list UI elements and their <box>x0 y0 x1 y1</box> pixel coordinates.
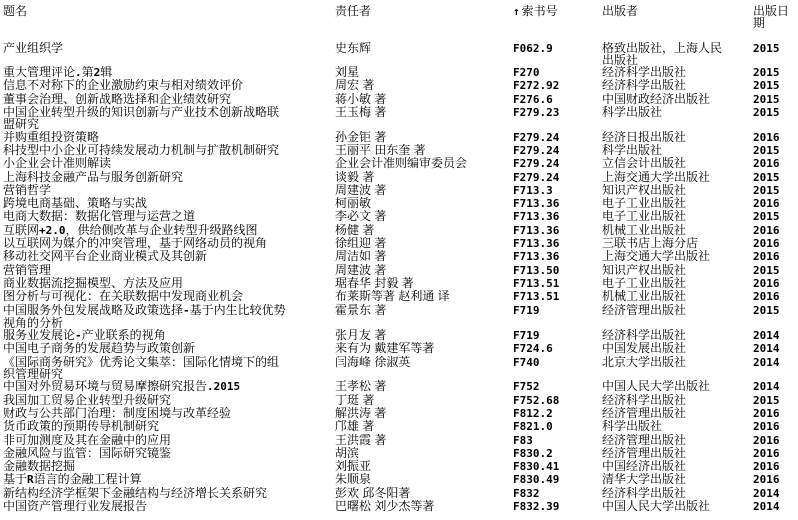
cell-callnumber: F713.50 <box>510 264 599 277</box>
cell-title: 产业组织学 <box>3 42 332 67</box>
table-row: 服务业发展论-产业联系的视角 张月友 著 F719 经济科学出版社 2014 <box>3 329 798 342</box>
cell-title: 小企业会计准则解读 <box>3 157 332 170</box>
catalog-page: { "table": { "sort_icon": "↑", "columns"… <box>0 0 798 520</box>
cell-author: 胡滨 <box>332 447 510 460</box>
cell-publisher: 经济科学出版社 <box>599 394 750 407</box>
cell-title: 以互联网为媒介的冲突管理，基于网络动员的视角 <box>3 237 332 250</box>
table-row: 董事会治理、创新战略选择和企业绩效研究 蒋小敏 著 F276.6 中国财政经济出… <box>3 93 798 106</box>
cell-year: 2016 <box>750 473 798 486</box>
cell-publisher: 经济管理出版社 <box>599 407 750 420</box>
cell-publisher: 格致出版社，上海人民 出版社 <box>599 42 750 67</box>
results-area: 题名 责任者 ↑索书号 出版者 出版日 期 产业组织学 史东辉 F062.9 格… <box>0 0 798 513</box>
cell-callnumber: F719 <box>510 329 599 342</box>
table-row: 营销哲学 周建波 著 F713.3 知识产权出版社 2015 <box>3 184 798 197</box>
cell-callnumber: F062.9 <box>510 42 599 67</box>
cell-year: 2016 <box>750 277 798 290</box>
cell-author: 王孝松 著 <box>332 380 510 393</box>
cell-publisher: 经济科学出版社 <box>599 66 750 79</box>
cell-publisher: 中国发展出版社 <box>599 342 750 355</box>
cell-year: 2016 <box>750 224 798 237</box>
cell-year: 2015 <box>750 264 798 277</box>
column-header-title[interactable]: 题名 <box>3 5 332 42</box>
cell-publisher: 中国人民大学出版社 <box>599 500 750 513</box>
cell-author: 李必文 著 <box>332 210 510 223</box>
cell-author: 周建波 著 <box>332 184 510 197</box>
cell-callnumber: F740 <box>510 356 599 381</box>
cell-year: 2015 <box>750 184 798 197</box>
cell-year: 2015 <box>750 79 798 92</box>
sort-ascending-icon: ↑ <box>513 5 520 18</box>
table-row: 中国服务外包发展战略及政策选择-基于内生比较优势 视角的分析 霍景东 著 F71… <box>3 304 798 330</box>
cell-callnumber: F279.24 <box>510 171 599 184</box>
cell-title: 货币政策的预期传导机制研究 <box>3 420 332 433</box>
cell-year: 2015 <box>750 210 798 223</box>
table-row: 中国电子商务的发展趋势与政策创新 来有为 戴建军等著 F724.6 中国发展出版… <box>3 342 798 355</box>
cell-author: 朱顺泉 <box>332 473 510 486</box>
cell-author: 闫海峰 徐淑英 <box>332 356 510 381</box>
cell-publisher: 知识产权出版社 <box>599 184 750 197</box>
cell-publisher: 中国经济出版社 <box>599 460 750 473</box>
cell-author: 王洪霞 著 <box>332 434 510 447</box>
cell-author: 周宏 著 <box>332 79 510 92</box>
cell-title: 财政与公共部门治理：制度困境与改革经验 <box>3 407 332 420</box>
cell-year: 2016 <box>750 250 798 263</box>
cell-author: 琚春华 封毅 著 <box>332 277 510 290</box>
cell-author: 邝雄 著 <box>332 420 510 433</box>
cell-title: 上海科技金融产品与服务创新研究 <box>3 171 332 184</box>
cell-callnumber: F83 <box>510 434 599 447</box>
cell-callnumber: F270 <box>510 66 599 79</box>
cell-publisher: 科学出版社 <box>599 420 750 433</box>
cell-author: 刘振亚 <box>332 460 510 473</box>
table-row: 移动社交网平台企业商业模式及其创新 周洁如 著 F713.36 上海交通大学出版… <box>3 250 798 263</box>
cell-callnumber: F713.36 <box>510 250 599 263</box>
table-row: 小企业会计准则解读 企业会计准则编审委员会 F279.24 立信会计出版社 20… <box>3 157 798 170</box>
cell-title: 中国企业转型升级的知识创新与产业技术创新战略联 盟研究 <box>3 106 332 131</box>
table-row: 电商大数据：数据化管理与运营之道 李必文 著 F713.36 电子工业出版社 2… <box>3 210 798 223</box>
cell-year: 2016 <box>750 434 798 447</box>
cell-year: 2016 <box>750 420 798 433</box>
cell-title: 重大管理评论.第2辑 <box>3 66 332 79</box>
cell-title: 商业数据流挖掘模型、方法及应用 <box>3 277 332 290</box>
table-row: 财政与公共部门治理：制度困境与改革经验 解洪涛 著 F812.2 经济管理出版社… <box>3 407 798 420</box>
cell-author: 王丽平 田东奎 著 <box>332 144 510 157</box>
cell-callnumber: F752.68 <box>510 394 599 407</box>
cell-author: 孙金钜 著 <box>332 131 510 144</box>
cell-year: 2015 <box>750 42 798 67</box>
cell-year: 2015 <box>750 66 798 79</box>
cell-callnumber: F276.6 <box>510 93 599 106</box>
cell-author: 周洁如 著 <box>332 250 510 263</box>
cell-publisher: 中国财政经济出版社 <box>599 93 750 106</box>
column-header-callnumber-label: 索书号 <box>522 5 558 18</box>
cell-callnumber: F279.24 <box>510 157 599 170</box>
cell-author: 丁珽 著 <box>332 394 510 407</box>
cell-year: 2016 <box>750 237 798 250</box>
cell-publisher: 电子工业出版社 <box>599 210 750 223</box>
catalog-table: 题名 责任者 ↑索书号 出版者 出版日 期 产业组织学 史东辉 F062.9 格… <box>3 5 798 513</box>
cell-author: 巴曙松 刘少杰等著 <box>332 500 510 513</box>
cell-callnumber: F832.39 <box>510 500 599 513</box>
cell-author: 彭欢 邱冬阳著 <box>332 487 510 500</box>
cell-callnumber: F713.36 <box>510 237 599 250</box>
column-header-publisher[interactable]: 出版者 <box>599 5 750 42</box>
cell-publisher: 经济日报出版社 <box>599 131 750 144</box>
cell-author: 蒋小敏 著 <box>332 93 510 106</box>
table-row: 我国加工贸易企业转型升级研究 丁珽 著 F752.68 经济科学出版社 2015 <box>3 394 798 407</box>
cell-callnumber: F713.3 <box>510 184 599 197</box>
cell-author: 刘星 <box>332 66 510 79</box>
cell-author: 布莱斯等著 赵利通 译 <box>332 290 510 303</box>
cell-author: 徐组迎 著 <box>332 237 510 250</box>
table-row: 互联网+2.0，供给侧改革与企业转型升级路线图 杨健 著 F713.36 机械工… <box>3 224 798 237</box>
cell-title: 移动社交网平台企业商业模式及其创新 <box>3 250 332 263</box>
cell-publisher: 上海交通大学出版社 <box>599 171 750 184</box>
cell-callnumber: F713.51 <box>510 277 599 290</box>
header-row: 题名 责任者 ↑索书号 出版者 出版日 期 <box>3 5 798 42</box>
catalog-rows: 产业组织学 史东辉 F062.9 格致出版社，上海人民 出版社 2015 重大管… <box>3 42 798 514</box>
cell-title: 并购重组投资策略 <box>3 131 332 144</box>
cell-year: 2014 <box>750 380 798 393</box>
cell-publisher: 电子工业出版社 <box>599 277 750 290</box>
cell-year: 2015 <box>750 171 798 184</box>
table-row: 货币政策的预期传导机制研究 邝雄 著 F821.0 科学出版社 2016 <box>3 420 798 433</box>
cell-author: 杨健 著 <box>332 224 510 237</box>
cell-title: 我国加工贸易企业转型升级研究 <box>3 394 332 407</box>
cell-title: 信息不对称下的企业激励约束与相对绩效评价 <box>3 79 332 92</box>
cell-year: 2014 <box>750 500 798 513</box>
cell-title: 营销管理 <box>3 264 332 277</box>
cell-title: 中国对外贸易环境与贸易摩擦研究报告.2015 <box>3 380 332 393</box>
cell-publisher: 经济科学出版社 <box>599 487 750 500</box>
cell-year: 2016 <box>750 197 798 210</box>
cell-year: 2016 <box>750 157 798 170</box>
table-row: 中国对外贸易环境与贸易摩擦研究报告.2015 王孝松 著 F752 中国人民大学… <box>3 380 798 393</box>
cell-publisher: 经济科学出版社 <box>599 329 750 342</box>
column-header-pubdate[interactable]: 出版日 期 <box>750 5 798 42</box>
cell-year: 2015 <box>750 106 798 131</box>
cell-callnumber: F279.24 <box>510 144 599 157</box>
cell-title: 基于R语言的金融工程计算 <box>3 473 332 486</box>
table-row: 基于R语言的金融工程计算 朱顺泉 F830.49 清华大学出版社 2016 <box>3 473 798 486</box>
table-row: 非可加测度及其在金融中的应用 王洪霞 著 F83 经济管理出版社 2016 <box>3 434 798 447</box>
cell-author: 周建波 著 <box>332 264 510 277</box>
cell-author: 霍景东 著 <box>332 304 510 330</box>
table-row: 营销管理 周建波 著 F713.50 知识产权出版社 2015 <box>3 264 798 277</box>
cell-year: 2014 <box>750 487 798 500</box>
cell-year: 2015 <box>750 93 798 106</box>
cell-callnumber: F713.36 <box>510 224 599 237</box>
cell-callnumber: F830.2 <box>510 447 599 460</box>
table-row: 图分析与可视化：在关联数据中发现商业机会 布莱斯等著 赵利通 译 F713.51… <box>3 290 798 303</box>
cell-author: 谈毅 著 <box>332 171 510 184</box>
cell-year: 2014 <box>750 356 798 381</box>
cell-author: 张月友 著 <box>332 329 510 342</box>
cell-publisher: 中国人民大学出版社 <box>599 380 750 393</box>
column-header-callnumber[interactable]: ↑索书号 <box>510 5 599 42</box>
cell-callnumber: F279.23 <box>510 106 599 131</box>
cell-publisher: 经济科学出版社 <box>599 79 750 92</box>
table-row: 科技型中小企业可持续发展动力机制与扩散机制研究 王丽平 田东奎 著 F279.2… <box>3 144 798 157</box>
cell-publisher: 电子工业出版社 <box>599 197 750 210</box>
cell-year: 2016 <box>750 131 798 144</box>
cell-callnumber: F713.36 <box>510 210 599 223</box>
cell-callnumber: F752 <box>510 380 599 393</box>
table-row: 《国际商务研究》优秀论文集萃：国际化情境下的组 织管理研究 闫海峰 徐淑英 F7… <box>3 356 798 381</box>
cell-publisher: 经济管理出版社 <box>599 447 750 460</box>
cell-title: 科技型中小企业可持续发展动力机制与扩散机制研究 <box>3 144 332 157</box>
cell-author: 解洪涛 著 <box>332 407 510 420</box>
cell-title: 中国服务外包发展战略及政策选择-基于内生比较优势 视角的分析 <box>3 304 332 330</box>
table-row: 新结构经济学框架下金融结构与经济增长关系研究 彭欢 邱冬阳著 F832 经济科学… <box>3 487 798 500</box>
cell-year: 2016 <box>750 460 798 473</box>
cell-title: 中国电子商务的发展趋势与政策创新 <box>3 342 332 355</box>
table-row: 中国企业转型升级的知识创新与产业技术创新战略联 盟研究 王玉梅 著 F279.2… <box>3 106 798 131</box>
cell-title: 金融风险与监管：国际研究镜鉴 <box>3 447 332 460</box>
cell-callnumber: F719 <box>510 304 599 330</box>
cell-title: 营销哲学 <box>3 184 332 197</box>
cell-publisher: 上海交通大学出版社 <box>599 250 750 263</box>
cell-author: 王玉梅 著 <box>332 106 510 131</box>
cell-title: 新结构经济学框架下金融结构与经济增长关系研究 <box>3 487 332 500</box>
cell-year: 2015 <box>750 144 798 157</box>
cell-callnumber: F713.51 <box>510 290 599 303</box>
cell-year: 2016 <box>750 407 798 420</box>
cell-publisher: 北京大学出版社 <box>599 356 750 381</box>
cell-callnumber: F821.0 <box>510 420 599 433</box>
cell-title: 《国际商务研究》优秀论文集萃：国际化情境下的组 织管理研究 <box>3 356 332 381</box>
cell-title: 中国资产管理行业发展报告 <box>3 500 332 513</box>
table-row: 重大管理评论.第2辑 刘星 F270 经济科学出版社 2015 <box>3 66 798 79</box>
cell-publisher: 机械工业出版社 <box>599 290 750 303</box>
cell-publisher: 立信会计出版社 <box>599 157 750 170</box>
cell-title: 图分析与可视化：在关联数据中发现商业机会 <box>3 290 332 303</box>
cell-publisher: 清华大学出版社 <box>599 473 750 486</box>
cell-title: 服务业发展论-产业联系的视角 <box>3 329 332 342</box>
cell-callnumber: F832 <box>510 487 599 500</box>
cell-year: 2014 <box>750 329 798 342</box>
table-row: 产业组织学 史东辉 F062.9 格致出版社，上海人民 出版社 2015 <box>3 42 798 67</box>
cell-callnumber: F724.6 <box>510 342 599 355</box>
cell-publisher: 科学出版社 <box>599 144 750 157</box>
cell-year: 2014 <box>750 342 798 355</box>
cell-publisher: 机械工业出版社 <box>599 224 750 237</box>
column-header-author[interactable]: 责任者 <box>332 5 510 42</box>
cell-year: 2016 <box>750 447 798 460</box>
cell-author: 来有为 戴建军等著 <box>332 342 510 355</box>
cell-callnumber: F830.41 <box>510 460 599 473</box>
cell-publisher: 知识产权出版社 <box>599 264 750 277</box>
cell-callnumber: F272.92 <box>510 79 599 92</box>
table-row: 金融数据挖掘 刘振亚 F830.41 中国经济出版社 2016 <box>3 460 798 473</box>
cell-year: 2015 <box>750 394 798 407</box>
cell-callnumber: F713.36 <box>510 197 599 210</box>
cell-title: 金融数据挖掘 <box>3 460 332 473</box>
cell-title: 非可加测度及其在金融中的应用 <box>3 434 332 447</box>
table-row: 以互联网为媒介的冲突管理，基于网络动员的视角 徐组迎 著 F713.36 三联书… <box>3 237 798 250</box>
cell-title: 互联网+2.0，供给侧改革与企业转型升级路线图 <box>3 224 332 237</box>
cell-callnumber: F279.24 <box>510 131 599 144</box>
table-row: 金融风险与监管：国际研究镜鉴 胡滨 F830.2 经济管理出版社 2016 <box>3 447 798 460</box>
cell-author: 企业会计准则编审委员会 <box>332 157 510 170</box>
table-row: 信息不对称下的企业激励约束与相对绩效评价 周宏 著 F272.92 经济科学出版… <box>3 79 798 92</box>
cell-author: 柯丽敏 <box>332 197 510 210</box>
cell-publisher: 经济管理出版社 <box>599 304 750 330</box>
cell-callnumber: F812.2 <box>510 407 599 420</box>
cell-publisher: 经济管理出版社 <box>599 434 750 447</box>
table-row: 中国资产管理行业发展报告 巴曙松 刘少杰等著 F832.39 中国人民大学出版社… <box>3 500 798 513</box>
cell-year: 2016 <box>750 290 798 303</box>
cell-publisher: 三联书店上海分店 <box>599 237 750 250</box>
table-row: 上海科技金融产品与服务创新研究 谈毅 著 F279.24 上海交通大学出版社 2… <box>3 171 798 184</box>
cell-year: 2015 <box>750 304 798 330</box>
cell-author: 史东辉 <box>332 42 510 67</box>
table-row: 跨境电商基础、策略与实战 柯丽敏 F713.36 电子工业出版社 2016 <box>3 197 798 210</box>
table-row: 商业数据流挖掘模型、方法及应用 琚春华 封毅 著 F713.51 电子工业出版社… <box>3 277 798 290</box>
cell-title: 跨境电商基础、策略与实战 <box>3 197 332 210</box>
cell-title: 董事会治理、创新战略选择和企业绩效研究 <box>3 93 332 106</box>
cell-publisher: 科学出版社 <box>599 106 750 131</box>
table-row: 并购重组投资策略 孙金钜 著 F279.24 经济日报出版社 2016 <box>3 131 798 144</box>
cell-callnumber: F830.49 <box>510 473 599 486</box>
cell-title: 电商大数据：数据化管理与运营之道 <box>3 210 332 223</box>
